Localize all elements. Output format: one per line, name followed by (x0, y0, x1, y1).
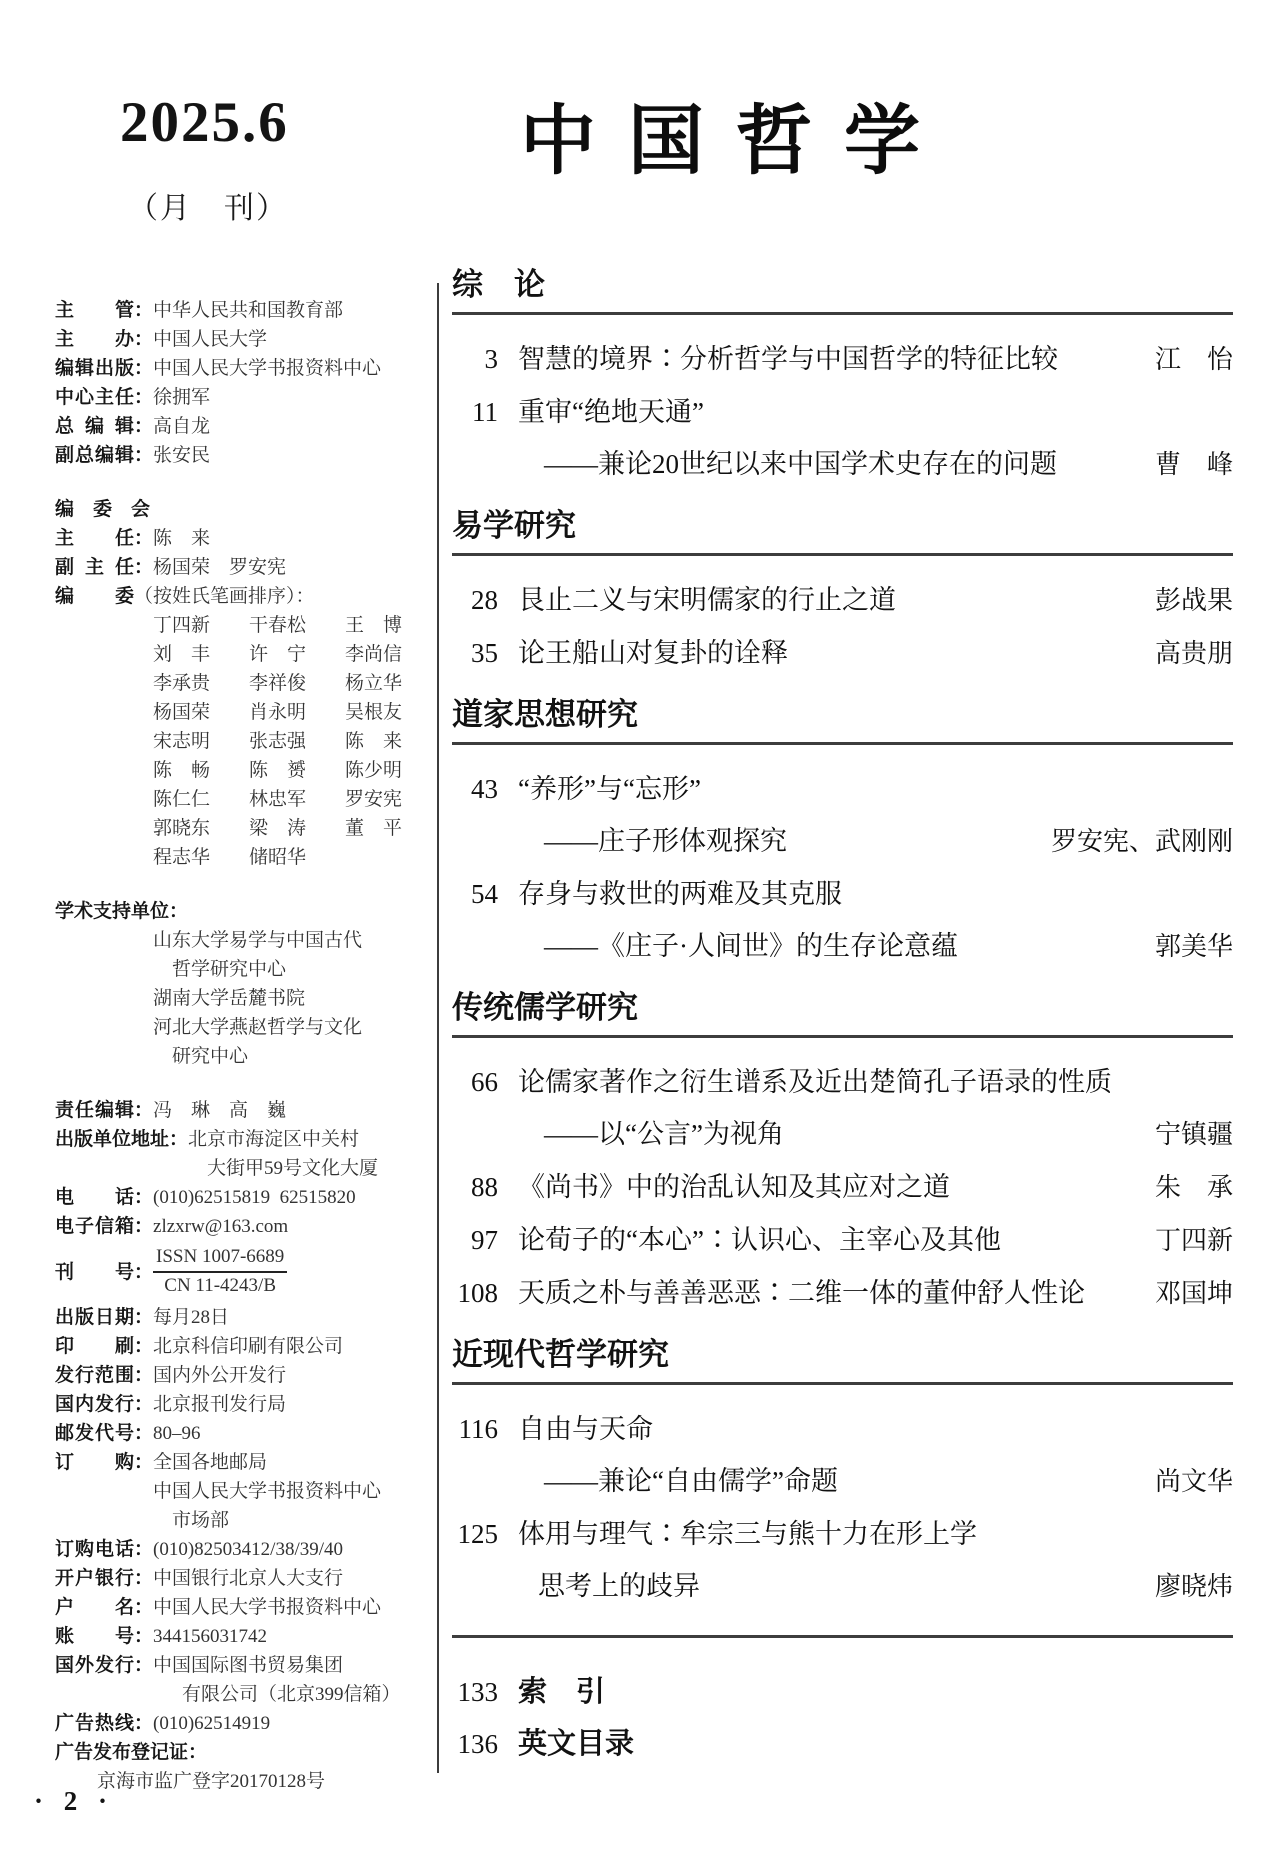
toc-title: 论荀子的“本心”∶认识心、主宰心及其他 (498, 1220, 1137, 1260)
info-label: 中心主任 (55, 383, 134, 412)
academic-support-line: 哲学研究中心 (55, 955, 393, 984)
info-value-line: 中国银行北京人大支行 (153, 1564, 393, 1593)
toc-entry: 35论王船山对复卦的诠释高贵朋 (452, 633, 1233, 674)
info-value-line: 中国人民大学书报资料中心 (153, 1593, 393, 1622)
journal-title: 中国哲学 (520, 80, 952, 189)
info-row: 发行范围：国内外公开发行 (55, 1361, 393, 1390)
toc-title: 存身与救世的两难及其克服 (498, 874, 1233, 914)
info-row: 出版单位地址：北京市海淀区中关村大街甲59号文化大厦 (55, 1125, 393, 1183)
toc-page-number: 136 (452, 1724, 498, 1764)
toc-entry-line: 3智慧的境界∶分析哲学与中国哲学的特征比较江 怡 (452, 339, 1233, 380)
toc-subtitle: ——庄子形体观探究 (498, 821, 1033, 861)
info-value: (010)82503412/38/39/40 (153, 1535, 393, 1564)
toc-page-number: 88 (452, 1167, 498, 1207)
toc-section-heading: 近现代哲学研究 (452, 1334, 1233, 1385)
info-value-line: 中国人民大学书报资料中心 (153, 354, 393, 383)
info-row: 中心主任：徐拥军 (55, 383, 393, 412)
info-row: 副总编辑：张安民 (55, 441, 393, 470)
toc-page-number: 28 (452, 580, 498, 620)
info-value: 张安民 (153, 441, 393, 470)
board-member-name: 储昭华 (249, 843, 335, 872)
toc-entry-line: 54存身与救世的两难及其克服 (452, 874, 1233, 914)
board-member-name: 罗安宪 (345, 785, 431, 814)
info-value-line: 中国人民大学书报资料中心 (153, 1477, 393, 1506)
board-member-name: 程志华 (153, 843, 239, 872)
info-row: 主办：中国人民大学 (55, 325, 393, 354)
info-row: 主管：中华人民共和国教育部 (55, 296, 393, 325)
toc-entry-line: 116自由与天命 (452, 1409, 1233, 1449)
info-value-line: 每月28日 (153, 1303, 393, 1332)
board-member-name: 杨国荣 (153, 698, 239, 727)
info-value-line: zlzxrw@163.com (153, 1212, 393, 1241)
toc-author: 宁镇疆 (1137, 1115, 1233, 1155)
info-value-line: 北京报刊发行局 (153, 1390, 393, 1419)
board-member-name: 陈仁仁 (153, 785, 239, 814)
masthead-frequency: （月 刊） (128, 183, 288, 227)
editorial-board-members: 丁四新干春松王 博刘 丰许 宁李尚信李承贵李祥俊杨立华杨国荣肖永明吴根友宋志明张… (153, 611, 393, 872)
column-divider (437, 283, 439, 1773)
info-value-line: 京海市监广登字20170128号 (97, 1767, 435, 1796)
toc-title: 天质之朴与善善恶恶∶二维一体的董仲舒人性论 (498, 1273, 1137, 1313)
info-row: 编辑出版：中国人民大学书报资料中心 (55, 354, 393, 383)
board-member-name: 李承贵 (153, 669, 239, 698)
info-value: 北京科信印刷有限公司 (153, 1332, 393, 1361)
info-colon: ： (134, 553, 153, 582)
info-label: 责任编辑 (55, 1096, 134, 1125)
toc-entry: 11重审“绝地天通”——兼论20世纪以来中国学术史存在的问题曹 峰 (452, 392, 1233, 485)
toc-entry: 125体用与理气∶牟宗三与熊十力在形上学思考上的歧异廖晓炜 (452, 1514, 1233, 1607)
toc-entry: 28艮止二义与宋明儒家的行止之道彭战果 (452, 580, 1233, 621)
toc-page-number: 3 (452, 339, 498, 379)
academic-support-lines: 山东大学易学与中国古代哲学研究中心湖南大学岳麓书院河北大学燕赵哲学与文化研究中心 (55, 926, 393, 1071)
toc-title-continuation: 思考上的歧异 (498, 1566, 1137, 1606)
publication-info-group: 主管：中华人民共和国教育部主办：中国人民大学编辑出版：中国人民大学书报资料中心中… (55, 296, 393, 470)
info-row: 出版日期：每月28日 (55, 1303, 393, 1332)
toc-page-number: 97 (452, 1220, 498, 1260)
info-label: 国内发行 (55, 1390, 134, 1419)
toc-entry-line: ——兼论20世纪以来中国学术史存在的问题曹 峰 (452, 444, 1233, 485)
info-colon: ： (134, 1448, 153, 1477)
info-colon: ： (134, 1183, 153, 1212)
issn-cn-fraction: ISSN 1007-6689CN 11-4243/B (153, 1244, 287, 1299)
info-row: 订购：全国各地邮局中国人民大学书报资料中心市场部 (55, 1448, 393, 1535)
info-label: 账号 (55, 1622, 134, 1651)
toc-author: 曹 峰 (1137, 445, 1233, 485)
info-colon: ： (134, 1709, 153, 1738)
board-member-name: 刘 丰 (153, 640, 239, 669)
toc-page-number: 43 (452, 769, 498, 809)
info-value: 杨国荣 罗安宪 (153, 553, 393, 582)
toc-page-number: 133 (452, 1672, 498, 1712)
info-row: 刊号：ISSN 1007-6689CN 11-4243/B (55, 1244, 393, 1300)
toc-entry: 97论荀子的“本心”∶认识心、主宰心及其他丁四新 (452, 1220, 1233, 1261)
toc-title: 论王船山对复卦的诠释 (498, 633, 1137, 673)
toc-page-number: 54 (452, 874, 498, 914)
info-label: 广告发布登记证 (55, 1738, 188, 1767)
toc-page-number: 125 (452, 1514, 498, 1554)
info-value-line: 市场部 (153, 1506, 393, 1535)
info-colon: ： (134, 354, 153, 383)
toc-page-number: 11 (452, 392, 498, 432)
info-value: 徐拥军 (153, 383, 393, 412)
toc-entry: 108天质之朴与善善恶恶∶二维一体的董仲舒人性论邓国坤 (452, 1273, 1233, 1314)
info-value-line: 中国人民大学 (153, 325, 393, 354)
masthead-issue: 2025.6 (120, 90, 289, 155)
toc-entry: 66论儒家著作之衍生谱系及近出楚简孔子语录的性质——以“公言”为视角宁镇疆 (452, 1062, 1233, 1155)
board-member-name: 郭晓东 (153, 814, 239, 843)
info-label: 广告热线 (55, 1709, 134, 1738)
info-row: 广告热线：(010)62514919 (55, 1709, 393, 1738)
info-label: 出版日期 (55, 1303, 134, 1332)
toc-footer-entry: 133索 引 (452, 1672, 1233, 1712)
info-value-line: 全国各地邮局 (153, 1448, 393, 1477)
info-colon: ： (134, 524, 153, 553)
info-colon: ： (134, 1535, 153, 1564)
info-value-line: 高自龙 (153, 412, 393, 441)
toc-subtitle: ——兼论20世纪以来中国学术史存在的问题 (498, 444, 1137, 484)
info-row: 总编辑：高自龙 (55, 412, 393, 441)
info-value: 中华人民共和国教育部 (153, 296, 393, 325)
info-value-line: 中华人民共和国教育部 (153, 296, 393, 325)
info-label: 出版单位地址 (55, 1125, 169, 1154)
info-label: 户名 (55, 1593, 134, 1622)
info-colon: ： (134, 1258, 153, 1287)
info-row: 电话：(010)62515819 62515820 (55, 1183, 393, 1212)
info-value: ISSN 1007-6689CN 11-4243/B (153, 1244, 393, 1300)
info-label: 订购 (55, 1448, 134, 1477)
toc-entry: 3智慧的境界∶分析哲学与中国哲学的特征比较江 怡 (452, 339, 1233, 380)
info-value-line: 有限公司（北京399信箱） (153, 1680, 393, 1709)
board-member-name: 董 平 (345, 814, 431, 843)
info-value-line: (010)62514919 (153, 1709, 393, 1738)
info-colon: ： (134, 1096, 153, 1125)
info-label: 开户银行 (55, 1564, 134, 1593)
toc-author: 郭美华 (1137, 927, 1233, 967)
info-value: 北京市海淀区中关村大街甲59号文化大厦 (188, 1125, 393, 1183)
board-member-name: 王 博 (345, 611, 431, 640)
toc-footer-title: 英文目录 (498, 1724, 1233, 1764)
toc-section-heading: 道家思想研究 (452, 694, 1233, 745)
info-value: 344156031742 (153, 1622, 393, 1651)
info-row: 国外发行：中国国际图书贸易集团有限公司（北京399信箱） (55, 1651, 393, 1709)
toc-section-heading: 综 论 (452, 264, 1233, 315)
info-row: 印刷：北京科信印刷有限公司 (55, 1332, 393, 1361)
table-of-contents: 综 论3智慧的境界∶分析哲学与中国哲学的特征比较江 怡11重审“绝地天通”——兼… (452, 264, 1233, 1776)
info-colon: ： (134, 1622, 153, 1651)
toc-entry-line: ——兼论“自由儒学”命题尚文华 (452, 1461, 1233, 1502)
toc-entry-line: 66论儒家著作之衍生谱系及近出楚简孔子语录的性质 (452, 1062, 1233, 1102)
toc-page-number: 116 (452, 1409, 498, 1449)
board-member-name: 许 宁 (249, 640, 335, 669)
board-member-name: 陈 畅 (153, 756, 239, 785)
toc-entry-line: 97论荀子的“本心”∶认识心、主宰心及其他丁四新 (452, 1220, 1233, 1261)
toc-section-heading: 易学研究 (452, 505, 1233, 556)
board-member-name: 宋志明 (153, 727, 239, 756)
info-value-line: 80–96 (153, 1419, 393, 1448)
toc-entry: 88《尚书》中的治乱认知及其应对之道朱 承 (452, 1167, 1233, 1208)
info-label: 总编辑 (55, 412, 134, 441)
toc-author: 尚文华 (1137, 1462, 1233, 1502)
info-value: 北京报刊发行局 (153, 1390, 393, 1419)
toc-page-number: 66 (452, 1062, 498, 1102)
info-value-line: 北京市海淀区中关村 (188, 1125, 393, 1154)
toc-entry-line: ——以“公言”为视角宁镇疆 (452, 1114, 1233, 1155)
info-value: （按姓氏笔画排序）： (134, 582, 393, 611)
editorial-board-heading: 编 委 会 (55, 495, 393, 524)
info-value-line: 陈 来 (153, 524, 393, 553)
academic-support-line: 研究中心 (55, 1042, 393, 1071)
editorial-board-group: 编 委 会 主任：陈 来副主任：杨国荣 罗安宪编委（按姓氏笔画排序）： 丁四新干… (55, 495, 393, 872)
info-value: 高自龙 (153, 412, 393, 441)
info-colon: ： (134, 383, 153, 412)
info-value: 中国人民大学书报资料中心 (153, 1593, 393, 1622)
info-value-line: (010)62515819 62515820 (153, 1183, 393, 1212)
info-colon: ： (169, 1125, 188, 1154)
info-colon: ： (134, 1593, 153, 1622)
board-member-name: 李祥俊 (249, 669, 335, 698)
toc-entry-line: 108天质之朴与善善恶恶∶二维一体的董仲舒人性论邓国坤 (452, 1273, 1233, 1314)
info-value-line: 中国国际图书贸易集团 (153, 1651, 393, 1680)
info-colon: ： (134, 325, 153, 354)
toc-title: 重审“绝地天通” (498, 392, 1233, 432)
info-value: 中国银行北京人大支行 (153, 1564, 393, 1593)
info-value: zlzxrw@163.com (153, 1212, 393, 1241)
info-label: 刊号 (55, 1258, 134, 1287)
info-value-line: (010)82503412/38/39/40 (153, 1535, 393, 1564)
toc-entry-line: 35论王船山对复卦的诠释高贵朋 (452, 633, 1233, 674)
info-label: 编委 (55, 582, 134, 611)
toc-title: 智慧的境界∶分析哲学与中国哲学的特征比较 (498, 339, 1137, 379)
info-colon: ： (134, 296, 153, 325)
info-value: (010)62515819 62515820 (153, 1183, 393, 1212)
page-number: · 2 · (34, 1786, 114, 1817)
toc-author: 罗安宪、武刚刚 (1033, 822, 1233, 862)
info-colon: ： (134, 1332, 153, 1361)
toc-entry-line: 11重审“绝地天通” (452, 392, 1233, 432)
info-colon: ： (134, 1361, 153, 1390)
info-value-line: 冯 琳 高 巍 (153, 1096, 393, 1125)
info-colon: ： (134, 441, 153, 470)
info-label: 主管 (55, 296, 134, 325)
toc-author: 彭战果 (1137, 581, 1233, 621)
board-member-name: 梁 涛 (249, 814, 335, 843)
toc-author: 廖晓炜 (1137, 1567, 1233, 1607)
board-member-name: 张志强 (249, 727, 335, 756)
info-value: 80–96 (153, 1419, 393, 1448)
toc-title: 体用与理气∶牟宗三与熊十力在形上学 (498, 1514, 1233, 1554)
info-row: 开户银行：中国银行北京人大支行 (55, 1564, 393, 1593)
toc-subtitle: ——《庄子·人间世》的生存论意蕴 (498, 926, 1137, 966)
academic-support-line: 河北大学燕赵哲学与文化 (55, 1013, 393, 1042)
toc-entry-line: 125体用与理气∶牟宗三与熊十力在形上学 (452, 1514, 1233, 1554)
info-value: 中国国际图书贸易集团有限公司（北京399信箱） (153, 1651, 393, 1709)
academic-support-heading: 学术支持单位： (55, 897, 393, 926)
info-value: 全国各地邮局中国人民大学书报资料中心市场部 (153, 1448, 393, 1535)
publisher-info-group: 责任编辑：冯 琳 高 巍出版单位地址：北京市海淀区中关村大街甲59号文化大厦电话… (55, 1096, 393, 1796)
info-row: 订购电话：(010)82503412/38/39/40 (55, 1535, 393, 1564)
publication-info-column: 主管：中华人民共和国教育部主办：中国人民大学编辑出版：中国人民大学书报资料中心中… (55, 296, 393, 1821)
info-value-line: 大街甲59号文化大厦 (188, 1154, 393, 1183)
info-colon: ： (134, 1419, 153, 1448)
info-row: 账号：344156031742 (55, 1622, 393, 1651)
toc-entry-line: ——庄子形体观探究罗安宪、武刚刚 (452, 821, 1233, 862)
info-label: 副主任 (55, 553, 134, 582)
info-label: 订购电话 (55, 1535, 134, 1564)
toc-title: “养形”与“忘形” (498, 769, 1233, 809)
info-value-line: （按姓氏笔画排序）： (134, 582, 393, 611)
info-value-line: 徐拥军 (153, 383, 393, 412)
board-member-name: 陈 赟 (249, 756, 335, 785)
info-row: 编委（按姓氏笔画排序）： (55, 582, 393, 611)
toc-author: 邓国坤 (1137, 1274, 1233, 1314)
info-label: 电子信箱 (55, 1212, 134, 1241)
board-member-name: 陈少明 (345, 756, 431, 785)
academic-support-line: 山东大学易学与中国古代 (55, 926, 393, 955)
toc-author: 丁四新 (1137, 1221, 1233, 1261)
board-member-name: 陈 来 (345, 727, 431, 756)
toc-page-number: 108 (452, 1273, 498, 1313)
toc-title: 《尚书》中的治乱认知及其应对之道 (498, 1167, 1137, 1207)
toc-title: 自由与天命 (498, 1409, 1233, 1449)
info-colon: ： (188, 1738, 207, 1767)
info-row: 主任：陈 来 (55, 524, 393, 553)
info-colon: ： (134, 1564, 153, 1593)
toc-title: 艮止二义与宋明儒家的行止之道 (498, 580, 1137, 620)
toc-author: 朱 承 (1137, 1168, 1233, 1208)
info-row: 邮发代号：80–96 (55, 1419, 393, 1448)
info-row: 国内发行：北京报刊发行局 (55, 1390, 393, 1419)
board-member-name: 肖永明 (249, 698, 335, 727)
toc-title: 论儒家著作之衍生谱系及近出楚简孔子语录的性质 (498, 1062, 1233, 1102)
info-row: 副主任：杨国荣 罗安宪 (55, 553, 393, 582)
info-value: 陈 来 (153, 524, 393, 553)
info-label: 副总编辑 (55, 441, 134, 470)
info-colon: ： (134, 1651, 153, 1680)
info-colon: ： (134, 412, 153, 441)
info-colon: ： (134, 1212, 153, 1241)
toc-entry: 116自由与天命——兼论“自由儒学”命题尚文华 (452, 1409, 1233, 1502)
info-label: 印刷 (55, 1332, 134, 1361)
academic-support-line: 湖南大学岳麓书院 (55, 984, 393, 1013)
toc-entry: 54存身与救世的两难及其克服——《庄子·人间世》的生存论意蕴郭美华 (452, 874, 1233, 967)
board-member-name: 林忠军 (249, 785, 335, 814)
info-label: 电话 (55, 1183, 134, 1212)
toc-author: 高贵朋 (1137, 634, 1233, 674)
toc-footer-entry: 136英文目录 (452, 1724, 1233, 1764)
issn-number: ISSN 1007-6689 (153, 1244, 287, 1273)
info-value-line: 344156031742 (153, 1622, 393, 1651)
info-label: 主办 (55, 325, 134, 354)
info-row: 责任编辑：冯 琳 高 巍 (55, 1096, 393, 1125)
toc-entry-line: ——《庄子·人间世》的生存论意蕴郭美华 (452, 926, 1233, 967)
info-row: 户名：中国人民大学书报资料中心 (55, 1593, 393, 1622)
info-value: 中国人民大学 (153, 325, 393, 354)
board-member-name: 干春松 (249, 611, 335, 640)
toc-section-heading: 传统儒学研究 (452, 987, 1233, 1038)
info-label: 编辑出版 (55, 354, 134, 383)
info-label: 国外发行 (55, 1651, 134, 1680)
info-label: 主任 (55, 524, 134, 553)
info-value-line: 杨国荣 罗安宪 (153, 553, 393, 582)
info-value-line: 张安民 (153, 441, 393, 470)
toc-entry-line: 28艮止二义与宋明儒家的行止之道彭战果 (452, 580, 1233, 621)
toc-entry-line: 43“养形”与“忘形” (452, 769, 1233, 809)
toc-subtitle: ——以“公言”为视角 (498, 1114, 1137, 1154)
info-value: 中国人民大学书报资料中心 (153, 354, 393, 383)
info-value: 每月28日 (153, 1303, 393, 1332)
cn-number: CN 11-4243/B (153, 1273, 287, 1299)
board-member-name: 李尚信 (345, 640, 431, 669)
info-colon: ： (134, 1390, 153, 1419)
toc-entry-line: 88《尚书》中的治乱认知及其应对之道朱 承 (452, 1167, 1233, 1208)
board-member-name: 杨立华 (345, 669, 431, 698)
toc-footer-divider (452, 1635, 1233, 1638)
toc-entry-line: 思考上的歧异廖晓炜 (452, 1566, 1233, 1607)
info-label: 发行范围 (55, 1361, 134, 1390)
board-member-name: 丁四新 (153, 611, 239, 640)
info-value-line: 北京科信印刷有限公司 (153, 1332, 393, 1361)
info-value: 冯 琳 高 巍 (153, 1096, 393, 1125)
toc-page-number: 35 (452, 633, 498, 673)
board-member-name: 吴根友 (345, 698, 431, 727)
info-row: 电子信箱：zlzxrw@163.com (55, 1212, 393, 1241)
info-value: (010)62514919 (153, 1709, 393, 1738)
toc-footer-title: 索 引 (498, 1672, 1233, 1712)
info-colon: ： (134, 1303, 153, 1332)
academic-support-group: 学术支持单位： 山东大学易学与中国古代哲学研究中心湖南大学岳麓书院河北大学燕赵哲… (55, 897, 393, 1071)
toc-entry: 43“养形”与“忘形”——庄子形体观探究罗安宪、武刚刚 (452, 769, 1233, 862)
info-label: 邮发代号 (55, 1419, 134, 1448)
toc-author: 江 怡 (1137, 340, 1233, 380)
info-value-line: 国内外公开发行 (153, 1361, 393, 1390)
toc-subtitle: ——兼论“自由儒学”命题 (498, 1461, 1137, 1501)
editorial-board-rows: 主任：陈 来副主任：杨国荣 罗安宪编委（按姓氏笔画排序）： (55, 524, 393, 611)
info-value: 国内外公开发行 (153, 1361, 393, 1390)
